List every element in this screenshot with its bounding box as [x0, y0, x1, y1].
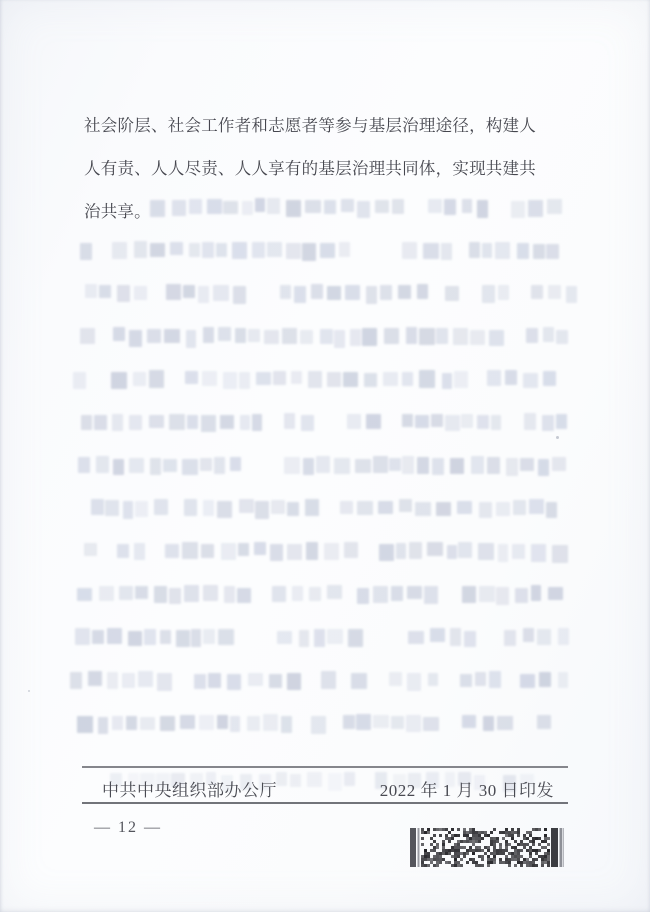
footer-row: 中共中央组织部办公厅 2022 年 1 月 30 日印发	[82, 774, 568, 802]
body-text-line: 人有责、人人尽责、人人享有的基层治理共同体，实现共建共	[84, 147, 536, 190]
body-paragraph: 社会阶层、社会工作者和志愿者等参与基层治理途径，构建人 人有责、人人尽责、人人享…	[84, 104, 536, 233]
body-text-line: 治共享。	[84, 190, 536, 233]
footer-divider-bottom	[82, 802, 568, 804]
footer-divider-top	[82, 766, 568, 768]
barcode-icon	[410, 828, 564, 867]
body-text-line: 社会阶层、社会工作者和志愿者等参与基层治理途径，构建人	[84, 104, 536, 147]
scan-speck	[28, 690, 30, 692]
footer-issuer: 中共中央组织部办公厅	[102, 776, 277, 801]
footer-print-date: 2022 年 1 月 30 日印发	[380, 776, 554, 801]
scan-speck	[556, 436, 559, 439]
page-number: — 12 —	[94, 819, 162, 837]
scanned-page: 社会阶层、社会工作者和志愿者等参与基层治理途径，构建人 人有责、人人尽责、人人享…	[0, 0, 650, 912]
